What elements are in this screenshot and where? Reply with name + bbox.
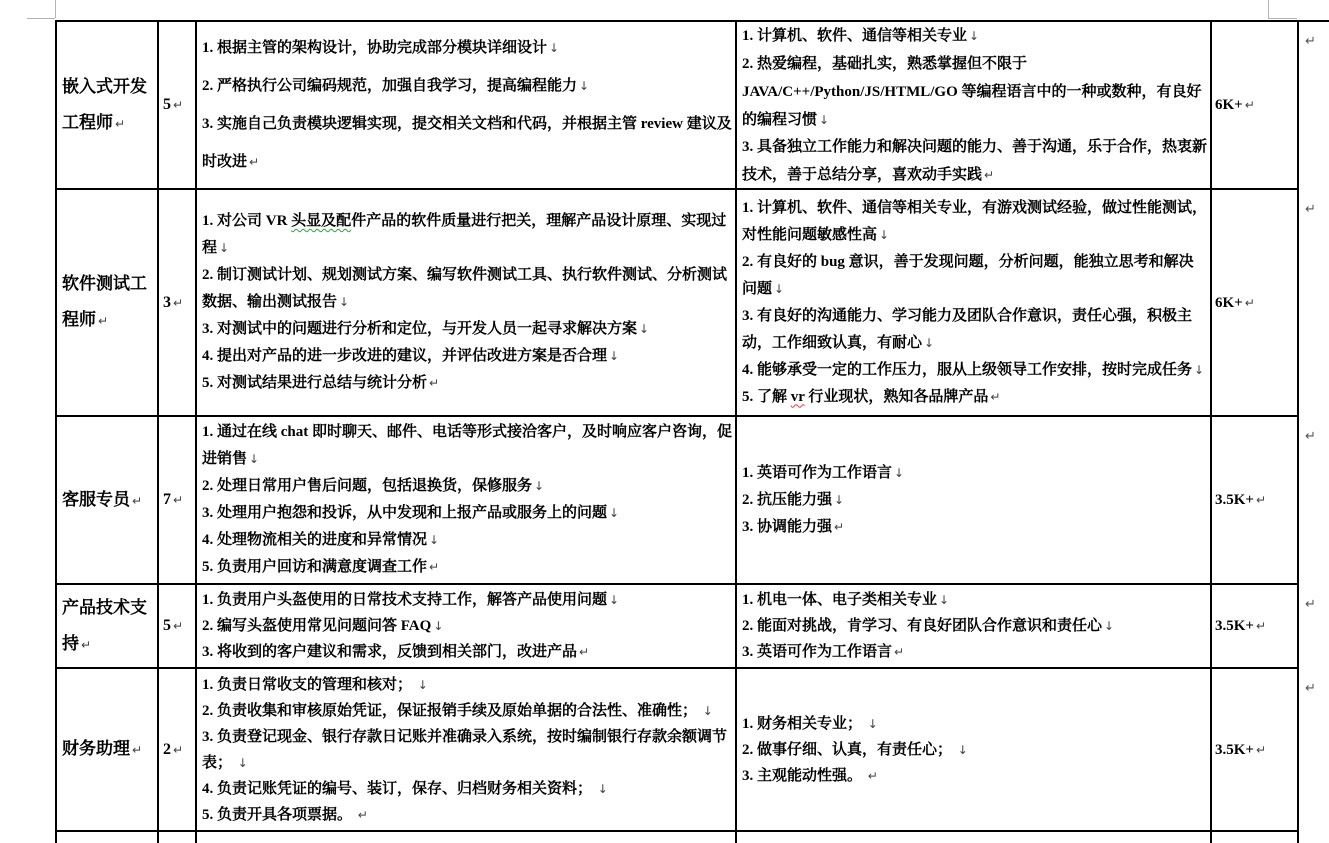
cutoff-row-cell <box>57 832 159 843</box>
margin-crop-mark-topright-h <box>1268 18 1297 19</box>
requirements-cell[interactable]: 1. 机电一体、电子类相关专业↓2. 能面对挑战，肯学习、有良好团队合作意识和责… <box>737 585 1212 669</box>
cell-end-mark: ↵ <box>173 296 183 310</box>
list-item: 2. 负责收集和审核原始凭证，保证报销手续及原始单据的合法性、准确性； ↓ <box>202 698 733 724</box>
headcount-cell-text: 2 <box>163 741 171 758</box>
job-title-cell-text: 客服专员 <box>62 490 130 509</box>
line-break-mark: ↓ <box>819 113 829 127</box>
line-break-mark: ↓ <box>879 228 889 242</box>
headcount-cell-text: 7 <box>163 491 171 508</box>
cell-end-mark: ↵ <box>98 314 108 328</box>
row-margin-area: ↵ <box>1299 190 1329 417</box>
row-margin-area: ↵ <box>1299 585 1329 669</box>
salary-cell[interactable]: 3.5K+↵ <box>1212 669 1299 832</box>
margin-crop-mark-topleft-v <box>55 0 56 18</box>
list-item: 3. 有良好的沟通能力、学习能力及团队合作意识，责任心强，积极主动，工作细致认真… <box>742 303 1208 357</box>
row-end-mark: ↵ <box>1305 429 1316 444</box>
list-item: 1. 计算机、软件、通信等相关专业，有游戏测试经验，做过性能测试，对性能问题敏感… <box>742 195 1208 249</box>
line-break-mark: ↓ <box>924 336 934 350</box>
job-title-cell-text: 嵌入式开发工程师 <box>62 77 147 132</box>
line-break-mark: ↓ <box>774 282 784 296</box>
cell-end-mark: ↵ <box>834 520 844 534</box>
list-item: 3. 协调能力强↵ <box>742 514 1208 541</box>
cell-end-mark: ↵ <box>1245 296 1255 310</box>
list-item: 2. 编写头盔使用常见问题问答 FAQ↓ <box>202 613 733 639</box>
job-title-cell-text: 产品技术支持 <box>62 598 147 653</box>
row-margin-area: ↵ <box>1299 417 1329 585</box>
list-item: 5. 对测试结果进行总结与统计分析↵ <box>202 370 733 397</box>
cell-end-mark: ↵ <box>1256 493 1266 507</box>
list-item: 2. 抗压能力强↓ <box>742 487 1208 514</box>
headcount-cell[interactable]: 2↵ <box>159 669 197 832</box>
line-break-mark: ↓ <box>868 717 878 731</box>
requirements-cell[interactable]: 1. 财务相关专业； ↓2. 做事仔细、认真，有责任心； ↓3. 主观能动性强。… <box>737 669 1212 832</box>
list-item: 5. 了解 vr 行业现状，熟知各品牌产品↵ <box>742 384 1208 411</box>
list-item: 3. 处理用户抱怨和投诉，从中发现和上报产品或服务上的问题↓ <box>202 500 733 527</box>
salary-cell-text: 3.5K+ <box>1215 492 1254 508</box>
cell-end-mark: ↵ <box>984 168 994 182</box>
headcount-cell-text: 5 <box>163 617 171 634</box>
cell-end-mark: ↵ <box>1256 743 1266 757</box>
headcount-cell[interactable]: 5↵ <box>159 22 197 190</box>
row-end-mark: ↵ <box>1305 34 1316 49</box>
cell-end-mark: ↵ <box>429 560 439 574</box>
cell-end-mark: ↵ <box>132 494 142 508</box>
duties-cell[interactable]: 1. 负责用户头盔使用的日常技术支持工作，解答产品使用问题↓2. 编写头盔使用常… <box>197 585 737 669</box>
salary-cell-text: 3.5K+ <box>1215 742 1254 758</box>
cell-end-mark: ↵ <box>115 117 125 131</box>
line-break-mark: ↓ <box>249 452 259 466</box>
line-break-mark: ↓ <box>219 241 229 255</box>
job-title-cell[interactable]: 嵌入式开发工程师↵ <box>57 22 159 190</box>
list-item: 4. 能够承受一定的工作压力，服从上级领导工作安排，按时完成任务↓ <box>742 357 1208 384</box>
list-item: 1. 负责日常收支的管理和核对； ↓ <box>202 672 733 698</box>
document-page: 嵌入式开发工程师↵5↵1. 根据主管的架构设计，协助完成部分模块详细设计↓2. … <box>0 0 1329 843</box>
line-break-mark: ↓ <box>1194 363 1204 377</box>
list-item: 5. 负责开具各项票据。 ↵ <box>202 802 733 828</box>
list-item: 2. 制订测试计划、规划测试方案、编写软件测试工具、执行软件测试、分析测试数据、… <box>202 262 733 316</box>
list-item: 3. 英语可作为工作语言↵ <box>742 639 1208 665</box>
cell-end-mark: ↵ <box>1245 98 1255 112</box>
list-item: 1. 通过在线 chat 即时聊天、邮件、电话等形式接洽客户，及时响应客户咨询，… <box>202 419 733 473</box>
cutoff-row-cell <box>737 832 1212 843</box>
list-item: 3. 负责登记现金、银行存款日记账并准确录入系统，按时编制银行存款余额调节表； … <box>202 724 733 776</box>
job-title-cell-text: 财务助理 <box>62 739 130 758</box>
cell-end-mark: ↵ <box>132 743 142 757</box>
line-break-mark: ↓ <box>969 29 979 43</box>
row-end-mark: ↵ <box>1305 681 1316 696</box>
headcount-cell[interactable]: 7↵ <box>159 417 197 585</box>
grammar-squiggle: 头显及配 <box>291 213 351 229</box>
cell-end-mark: ↵ <box>81 638 91 652</box>
line-break-mark: ↓ <box>433 619 443 633</box>
headcount-cell[interactable]: 5↵ <box>159 585 197 669</box>
margin-crop-mark-topleft-h <box>27 18 55 19</box>
line-break-mark: ↓ <box>418 678 428 692</box>
cutoff-row-cell <box>1299 832 1329 843</box>
job-title-cell[interactable]: 财务助理↵ <box>57 669 159 832</box>
list-item: 1. 财务相关专业； ↓ <box>742 711 1208 737</box>
salary-cell-text: 6K+ <box>1215 295 1243 311</box>
spelling-squiggle: vr <box>791 389 805 405</box>
cutoff-row-cell <box>197 832 737 843</box>
list-item: 2. 做事仔细、认真，有责任心； ↓ <box>742 737 1208 763</box>
line-break-mark: ↓ <box>579 79 589 93</box>
list-item: 2. 严格执行公司编码规范，加强自我学习，提高编程能力↓ <box>202 67 733 105</box>
headcount-cell[interactable]: 3↵ <box>159 190 197 417</box>
requirements-cell[interactable]: 1. 英语可作为工作语言↓2. 抗压能力强↓3. 协调能力强↵ <box>737 417 1212 585</box>
row-end-mark: ↵ <box>1305 597 1316 612</box>
job-title-cell[interactable]: 产品技术支持↵ <box>57 585 159 669</box>
list-item: 3. 将收到的客户建议和需求，反馈到相关部门，改进产品↵ <box>202 639 733 665</box>
list-item: 3. 具备独立工作能力和解决问题的能力、善于沟通，乐于合作，热衷新技术，善于总结… <box>742 133 1208 188</box>
cutoff-row-cell <box>159 832 197 843</box>
cell-end-mark: ↵ <box>894 645 904 659</box>
cell-end-mark: ↵ <box>173 743 183 757</box>
headcount-cell-text: 5 <box>163 96 171 113</box>
duties-cell[interactable]: 1. 通过在线 chat 即时聊天、邮件、电话等形式接洽客户，及时响应客户咨询，… <box>197 417 737 585</box>
requirements-cell[interactable]: 1. 计算机、软件、通信等相关专业，有游戏测试经验，做过性能测试，对性能问题敏感… <box>737 190 1212 417</box>
list-item: 3. 对测试中的问题进行分析和定位，与开发人员一起寻求解决方案↓ <box>202 316 733 343</box>
cell-end-mark: ↵ <box>173 619 183 633</box>
duties-cell[interactable]: 1. 根据主管的架构设计，协助完成部分模块详细设计↓2. 严格执行公司编码规范，… <box>197 22 737 190</box>
list-item: 2. 处理日常用户售后问题，包括退换货，保修服务↓ <box>202 473 733 500</box>
list-item: 2. 能面对挑战，肯学习、有良好团队合作意识和责任心↓ <box>742 613 1208 639</box>
salary-cell-text: 3.5K+ <box>1215 618 1254 634</box>
job-title-cell[interactable]: 软件测试工程师↵ <box>57 190 159 417</box>
list-item: 4. 负责记账凭证的编号、装订，保存、归档财务相关资料； ↓ <box>202 776 733 802</box>
margin-crop-mark-topright-v <box>1268 0 1269 18</box>
list-item: 3. 实施自己负责模块逻辑实现，提交相关文档和代码，并根据主管 review 建… <box>202 105 733 181</box>
line-break-mark: ↓ <box>609 506 619 520</box>
line-break-mark: ↓ <box>238 756 248 770</box>
line-break-mark: ↓ <box>834 493 844 507</box>
cell-end-mark: ↵ <box>249 155 259 169</box>
line-break-mark: ↓ <box>958 743 968 757</box>
list-item: 1. 机电一体、电子类相关专业↓ <box>742 587 1208 613</box>
list-item: 5. 负责用户回访和满意度调查工作↵ <box>202 554 733 581</box>
salary-cell[interactable]: 3.5K+↵ <box>1212 585 1299 669</box>
list-item: 1. 英语可作为工作语言↓ <box>742 460 1208 487</box>
cell-end-mark: ↵ <box>173 98 183 112</box>
duties-cell[interactable]: 1. 负责日常收支的管理和核对； ↓2. 负责收集和审核原始凭证，保证报销手续及… <box>197 669 737 832</box>
job-title-cell[interactable]: 客服专员↵ <box>57 417 159 585</box>
list-item: 4. 提出对产品的进一步改进的建议，并评估改进方案是否合理↓ <box>202 343 733 370</box>
salary-cell[interactable]: 6K+↵ <box>1212 22 1299 190</box>
cell-end-mark: ↵ <box>358 808 368 822</box>
list-item: 2. 有良好的 bug 意识，善于发现问题，分析问题，能独立思考和解决问题↓ <box>742 249 1208 303</box>
salary-cell-text: 6K+ <box>1215 97 1243 113</box>
cell-end-mark: ↵ <box>1256 619 1266 633</box>
cell-end-mark: ↵ <box>579 645 589 659</box>
row-margin-area: ↵ <box>1299 22 1329 190</box>
cell-end-mark: ↵ <box>868 769 878 783</box>
list-item: 1. 根据主管的架构设计，协助完成部分模块详细设计↓ <box>202 29 733 67</box>
line-break-mark: ↓ <box>549 41 559 55</box>
duties-cell[interactable]: 1. 对公司 VR 头显及配件产品的软件质量进行把关，理解产品设计原理、实现过程… <box>197 190 737 417</box>
line-break-mark: ↓ <box>534 479 544 493</box>
list-item: 1. 计算机、软件、通信等相关专业↓ <box>742 22 1208 50</box>
line-break-mark: ↓ <box>598 782 608 796</box>
headcount-cell-text: 3 <box>163 294 171 311</box>
line-break-mark: ↓ <box>339 295 349 309</box>
line-break-mark: ↓ <box>609 593 619 607</box>
line-break-mark: ↓ <box>429 533 439 547</box>
line-break-mark: ↓ <box>894 466 904 480</box>
list-item: 4. 处理物流相关的进度和异常情况↓ <box>202 527 733 554</box>
list-item: 1. 对公司 VR 头显及配件产品的软件质量进行把关，理解产品设计原理、实现过程… <box>202 208 733 262</box>
job-table: 嵌入式开发工程师↵5↵1. 根据主管的架构设计，协助完成部分模块详细设计↓2. … <box>55 20 1329 843</box>
line-break-mark: ↓ <box>609 349 619 363</box>
line-break-mark: ↓ <box>639 322 649 336</box>
list-item: 2. 热爱编程，基础扎实，熟悉掌握但不限于JAVA/C++/Python/JS/… <box>742 50 1208 133</box>
line-break-mark: ↓ <box>939 593 949 607</box>
list-item: 1. 负责用户头盔使用的日常技术支持工作，解答产品使用问题↓ <box>202 587 733 613</box>
list-item: 3. 主观能动性强。 ↵ <box>742 763 1208 789</box>
cutoff-row-cell <box>1212 832 1299 843</box>
line-break-mark: ↓ <box>1104 619 1114 633</box>
row-margin-area: ↵ <box>1299 669 1329 832</box>
salary-cell[interactable]: 6K+↵ <box>1212 190 1299 417</box>
cell-end-mark: ↵ <box>173 493 183 507</box>
line-break-mark: ↓ <box>703 704 713 718</box>
cell-end-mark: ↵ <box>429 376 439 390</box>
cell-end-mark: ↵ <box>990 390 1000 404</box>
row-end-mark: ↵ <box>1305 202 1316 217</box>
salary-cell[interactable]: 3.5K+↵ <box>1212 417 1299 585</box>
requirements-cell[interactable]: 1. 计算机、软件、通信等相关专业↓2. 热爱编程，基础扎实，熟悉掌握但不限于J… <box>737 22 1212 190</box>
